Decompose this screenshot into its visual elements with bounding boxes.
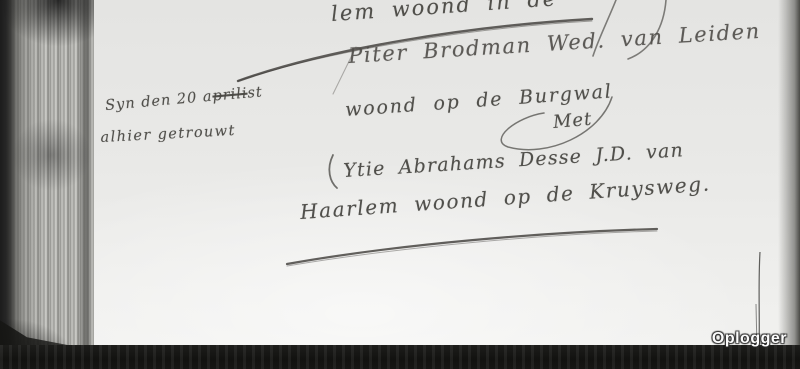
handwriting-groom-name-line: Piter Brodman Wed. van Leiden [348,19,762,68]
page-fold-shadow [778,0,800,369]
margin-note-date-pre: Syn den 20 a [105,89,214,114]
margin-note-line-1: Syn den 20 aprilist [105,84,264,114]
margin-note-date-post: st [247,84,264,101]
oplogger-watermark: Oplogger [712,330,787,348]
scanned-document-page: lem woond in de Piter Brodman Wed. van L… [0,0,800,369]
book-fore-edge [0,0,94,369]
handwriting-met-line: Met [552,109,593,133]
table-surface-bar [0,345,800,369]
handwriting-line-top: lem woond in de [330,0,558,26]
handwriting-bride-name-line: Ytie Abrahams Desse J.D. van [343,139,685,182]
margin-note-line-2: alhier getrouwt [100,123,236,146]
margin-note-struck-word: prili [212,86,248,105]
